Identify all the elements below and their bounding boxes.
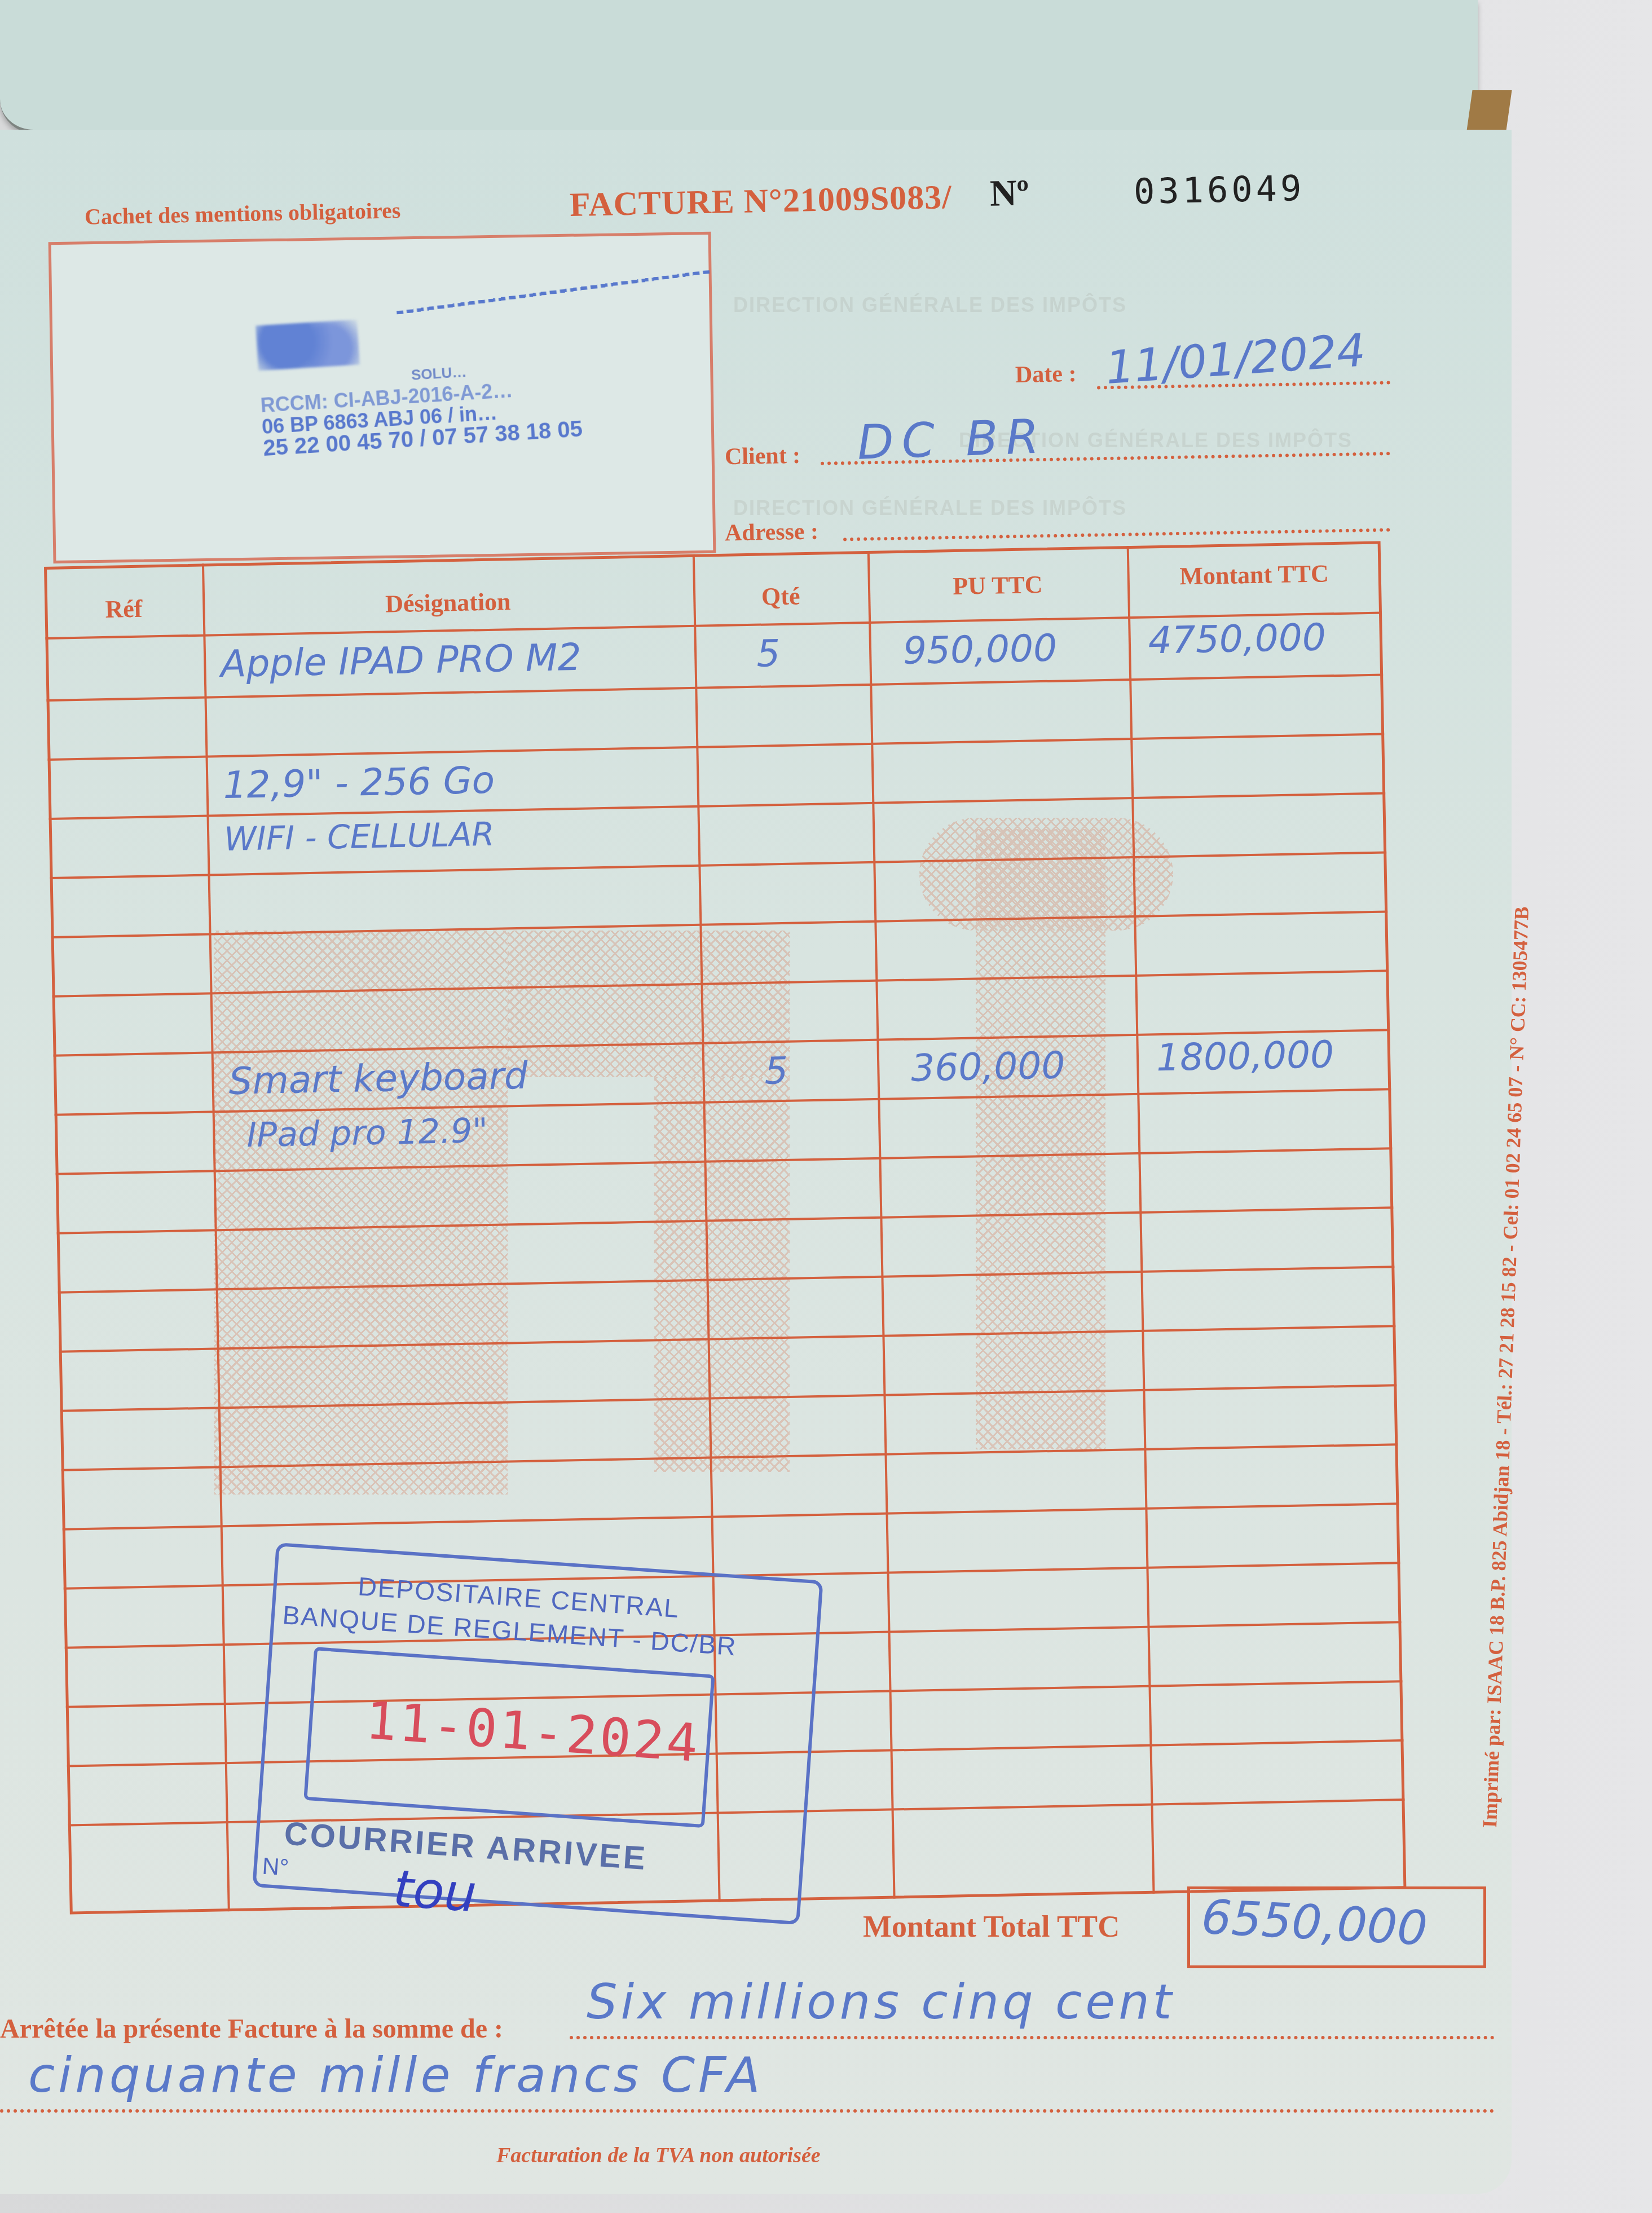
item-amount[interactable]: 1800,000 bbox=[1156, 1033, 1334, 1079]
words-line-1 bbox=[570, 2036, 1495, 2039]
item-qty[interactable]: 5 bbox=[756, 632, 780, 676]
total-value[interactable]: 6550,000 bbox=[1200, 1889, 1429, 1956]
column-header-unit-price: PU TTC bbox=[867, 568, 1127, 602]
words-line-2 bbox=[0, 2109, 1495, 2113]
total-label: Montant Total TTC bbox=[863, 1909, 1120, 1944]
amount-in-words-line-1[interactable]: Six millions cinq cent bbox=[587, 1974, 1175, 2030]
item-unit-price[interactable]: 950,000 bbox=[902, 627, 1057, 673]
item-amount[interactable]: 4750,000 bbox=[1148, 615, 1326, 662]
footer-note: Facturation de la TVA non autorisée bbox=[496, 2143, 821, 2168]
item-qty[interactable]: 5 bbox=[764, 1049, 788, 1093]
receipt-stamp: DEPOSITAIRE CENTRAL BANQUE DE REGLEMENT … bbox=[252, 1542, 839, 1936]
company-logo-icon bbox=[255, 320, 360, 371]
client-value[interactable]: DC BR bbox=[856, 408, 1047, 470]
watermark-text: DIRECTION GÉNÉRALE DES IMPÔTS bbox=[733, 293, 1127, 317]
item-designation-detail[interactable]: WIFI - CELLULAR bbox=[224, 815, 495, 858]
company-stamp: SOLU… RCCM: CI-ABJ-2016-A-2… 06 BP 6863 … bbox=[255, 306, 583, 459]
item-designation-detail[interactable]: 12,9" - 256 Go bbox=[223, 759, 495, 807]
item-designation[interactable]: Apple IPAD PRO M2 bbox=[221, 636, 582, 686]
serial-number: 0316049 bbox=[1133, 167, 1305, 212]
previous-page-flap bbox=[0, 0, 1478, 133]
item-designation[interactable]: Smart keyboard bbox=[228, 1054, 528, 1103]
item-unit-price[interactable]: 360,000 bbox=[911, 1043, 1065, 1090]
amount-in-words-label: Arrêtée la présente Facture à la somme d… bbox=[0, 2013, 503, 2044]
date-label: Date : bbox=[1015, 360, 1077, 389]
watermark-text: DIRECTION GÉNÉRALE DES IMPÔTS bbox=[733, 496, 1127, 520]
client-label: Client : bbox=[725, 442, 801, 470]
column-header-ref: Réf bbox=[45, 593, 203, 625]
address-label: Adresse : bbox=[725, 518, 819, 547]
item-designation-detail[interactable]: IPad pro 12.9" bbox=[246, 1111, 488, 1155]
number-label: Nº bbox=[989, 171, 1029, 215]
signature: tou bbox=[391, 1859, 478, 1924]
stamp-number-label: N° bbox=[261, 1853, 289, 1881]
column-header-qty: Qté bbox=[693, 580, 869, 612]
amount-in-words-line-2[interactable]: cinquante mille francs CFA bbox=[28, 2047, 763, 2104]
invoice-title: FACTURE N°21009S083/ bbox=[569, 178, 952, 224]
column-header-amount: Montant TTC bbox=[1127, 558, 1381, 592]
